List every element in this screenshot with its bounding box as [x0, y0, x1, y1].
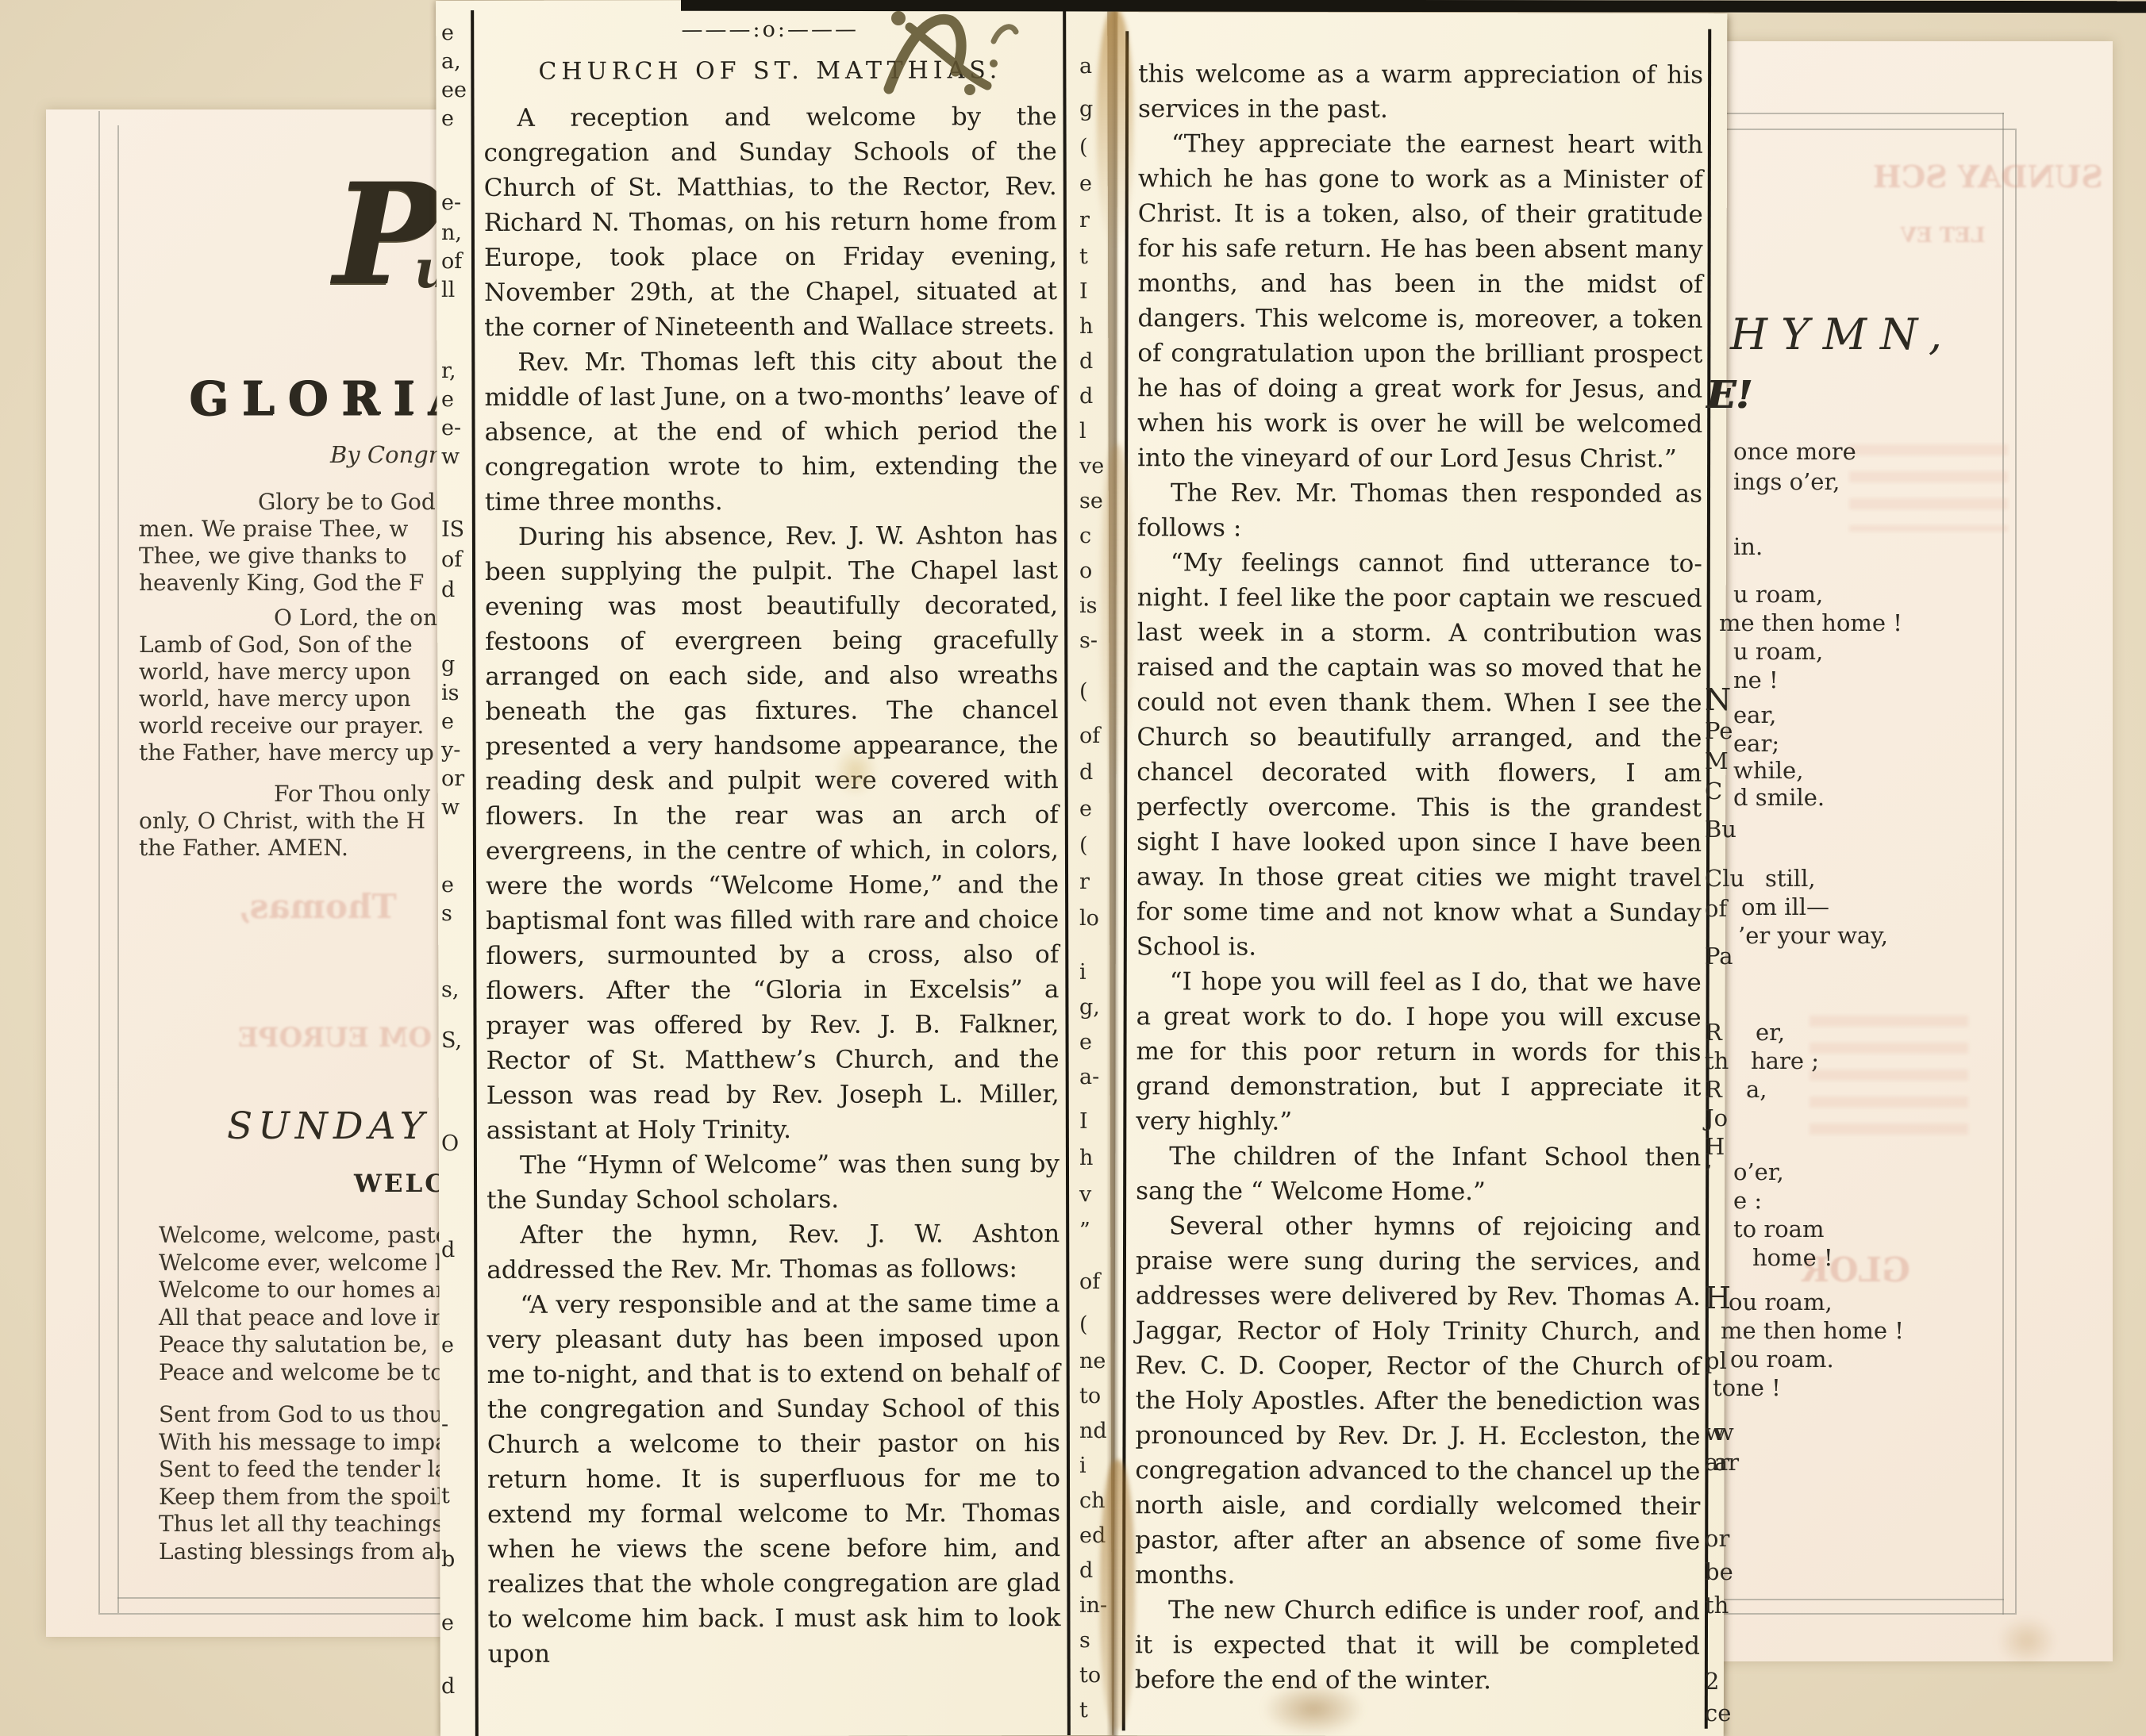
ink-offset-ghost-europe: OM EUROPE [238, 1022, 432, 1054]
letter-fragment: e [441, 106, 454, 131]
letter-fragment: e [441, 873, 454, 897]
article-paragraph: “My feelings cannot find utterance to-ni… [1136, 545, 1702, 965]
left-page-frame-outer [98, 111, 100, 1613]
right-page-frame-top-outer [1706, 113, 2004, 114]
article-paragraph: Several other hymns of rejoicing and pra… [1135, 1208, 1701, 1593]
letter-fragment: h [1079, 314, 1093, 339]
letter-fragment: to [1079, 1663, 1101, 1688]
article-paragraph: After the hymn, Rev. J. W. Ashton addres… [487, 1216, 1060, 1288]
letter-fragment: t [1079, 1698, 1088, 1723]
letter-fragment: d [441, 1674, 455, 1699]
letter-fragment: a [1079, 54, 1092, 79]
gloria-verse-1: Glory be to Godmen. We praise Thee, wThe… [139, 489, 436, 597]
right-page-frame-top-inner [1706, 129, 2015, 130]
letter-fragment: R [1705, 1019, 1722, 1046]
letter-fragment: e [441, 387, 454, 412]
letter-fragment: ch [1079, 1488, 1106, 1513]
letter-fragment: t [441, 1484, 450, 1508]
letter-fragment: Pa [1705, 943, 1733, 970]
letter-fragment: e [441, 21, 454, 45]
letter-fragment: r [1079, 208, 1090, 232]
article-paragraph: The children of the Infant School then s… [1136, 1139, 1701, 1209]
hymn-line: Sent to feed the tender lamb [159, 1456, 483, 1484]
letter-fragment: I [1079, 279, 1088, 304]
welcome-hymn-verse-2: Sent from God to us thou artWith his mes… [159, 1401, 483, 1565]
letter-fragment: e [441, 1333, 454, 1358]
right-program-page [1698, 41, 2113, 1661]
letter-fragment: e [1079, 171, 1092, 196]
gloria-byline: By Congr [330, 441, 440, 468]
gloria-line: Lamb of God, Son of the [139, 632, 444, 659]
page-crease-shadow [1106, 0, 1119, 1736]
letter-fragment: - [441, 1412, 448, 1437]
letter-fragment: or [441, 766, 464, 791]
gloria-line: heavenly King, God the F [139, 570, 436, 597]
hymn-line: Lasting blessings from abov [159, 1538, 483, 1566]
hymn-text-fragment: ou roam. [1730, 1346, 1834, 1373]
letter-fragment: of [1705, 895, 1727, 922]
letter-fragment: i [1079, 960, 1086, 985]
article-paragraph: The new Church edifice is under roof, an… [1135, 1592, 1700, 1698]
letter-fragment: nd [1079, 1419, 1107, 1443]
letter-fragment: s, [441, 977, 459, 1002]
welcome-title-fragment: E! [1706, 373, 1752, 417]
letter-fragment: y- [441, 738, 460, 762]
ink-offset-ghost-sunday: SUNDAY SCH [1873, 159, 2103, 194]
letter-fragment: Pe [1705, 717, 1733, 744]
hymn-text-fragment: a, [1746, 1076, 1767, 1103]
hymn-text-fragment: tone ! [1713, 1374, 1781, 1401]
gloria-line: only, O Christ, with the H [139, 808, 430, 835]
letter-fragment: d [1079, 760, 1093, 785]
letter-fragment: Clu [1705, 865, 1744, 892]
right-page-frame-bottom-outer [1706, 1613, 2015, 1615]
letter-fragment: of [441, 547, 462, 572]
letter-fragment: or [1705, 1525, 1729, 1552]
letter-fragment: S, [441, 1028, 462, 1053]
article-paragraph: Rev. Mr. Thomas left this city about the… [484, 344, 1058, 520]
letter-fragment: e [441, 709, 454, 734]
letter-fragment: IS [441, 517, 464, 542]
letter-fragment: i [1079, 1454, 1086, 1478]
hymn-text-fragment: w [1714, 1419, 1734, 1446]
letter-fragment: be [1705, 1558, 1733, 1585]
letter-fragment: d [441, 578, 455, 602]
hymn-text-fragment: still, [1765, 865, 1816, 892]
letter-fragment: ll [441, 278, 455, 302]
letter-fragment: ” [1079, 1219, 1090, 1243]
column-rule-right [1063, 0, 1071, 1735]
letter-fragment: ve [1079, 454, 1104, 478]
ink-offset-ghost-block-2 [1809, 1016, 1968, 1143]
hymn-text-fragment: o’er, [1733, 1158, 1784, 1185]
left-page-frame-inner [117, 125, 119, 1613]
handwritten-ink-tick [990, 21, 1022, 48]
letter-fragment: v [1079, 1182, 1091, 1207]
letter-fragment: s- [1079, 628, 1098, 653]
gloria-line: world, have mercy upon [139, 686, 444, 712]
letter-fragment: e [1079, 797, 1092, 821]
article-paragraph: During his absence, Rev. J. W. Ashton ha… [485, 518, 1060, 1148]
letter-fragment: a- [1079, 1065, 1099, 1089]
letter-fragment: s [1079, 1628, 1090, 1653]
letter-fragment: of [441, 249, 462, 274]
hymn-text-fragment: ou roam, [1729, 1289, 1833, 1315]
letter-fragment: l [1079, 419, 1086, 444]
hymn-text-fragment: ear, [1733, 701, 1776, 728]
letter-fragment: d [1079, 1558, 1093, 1583]
letter-fragment: g, [1079, 995, 1100, 1020]
letter-fragment: g [441, 652, 455, 677]
hymn-text-fragment: ne ! [1733, 666, 1779, 693]
letter-fragment: r [1079, 870, 1090, 894]
hymn-text-fragment: home ! [1752, 1244, 1833, 1271]
hymn-line: Sent from God to us thou art [159, 1401, 483, 1429]
letter-fragment: is [1079, 593, 1098, 618]
column-rule-left [471, 10, 479, 1736]
gloria-line: men. We praise Thee, w [139, 516, 436, 543]
hymn-text-fragment: u roam, [1733, 638, 1823, 665]
hymn-line: With his message to impart, [159, 1429, 483, 1457]
article-paragraph: A reception and welcome by the congregat… [483, 99, 1057, 345]
ink-offset-ghost-letev: LET EV [1901, 224, 1986, 248]
right-page-frame-right-outer [2002, 113, 2004, 1615]
hymn-text-fragment: e : [1733, 1187, 1762, 1214]
letter-fragment: ( [1079, 833, 1088, 858]
right-page-frame-right-inner [2015, 129, 2017, 1615]
letter-fragment: e [1079, 1030, 1092, 1054]
hymn-text-fragment: once more [1733, 438, 1856, 465]
gloria-line: world receive our prayer. [139, 712, 444, 739]
ink-offset-ghost-block-1 [1849, 444, 2008, 532]
left-page-frame-bottom-inner [117, 1597, 479, 1599]
article-paragraph: “I hope you will feel as I do, that we h… [1136, 964, 1701, 1139]
gloria-heading: GLORIA [189, 371, 477, 425]
letter-fragment: g [1079, 97, 1093, 121]
gloria-verse-2: O Lord, the onlLamb of God, Son of thewo… [139, 605, 444, 766]
letter-fragment: d [1079, 384, 1093, 409]
hymn-text-fragment: in. [1733, 533, 1763, 560]
letter-fragment: ( [1079, 1312, 1088, 1337]
letter-fragment: r, [441, 359, 456, 383]
letter-fragment: t [1079, 244, 1088, 269]
article-left-paragraphs: A reception and welcome by the congregat… [483, 99, 1060, 1672]
hymn-text-fragment: er, [1756, 1019, 1785, 1046]
gloria-line: the Father, have mercy up [139, 739, 444, 766]
letter-fragment: e [441, 1611, 454, 1635]
hymn-text-fragment: ar [1714, 1449, 1739, 1476]
letter-fragment: o [1079, 559, 1092, 583]
left-page-frame-bottom-outer [98, 1613, 479, 1615]
article-paragraph: The “Hymn of Welcome” was then sung by t… [487, 1146, 1060, 1218]
letter-fragment: Jo [1705, 1104, 1728, 1131]
letter-fragment: e- [441, 416, 461, 440]
letter-fragment: I [1079, 1109, 1088, 1134]
hymn-text-fragment: om ill— [1741, 893, 1829, 920]
letter-fragment: is [441, 681, 460, 705]
article-right-column: this welcome as a warm appreciation of h… [1135, 56, 1703, 1698]
hymn-text-fragment: me then home ! [1719, 609, 1902, 636]
right-page-frame-bottom-inner [1706, 1599, 2004, 1600]
letter-fragment: O [441, 1131, 459, 1156]
hymn-text-fragment: to roam [1733, 1216, 1824, 1242]
column-rule-left [1122, 31, 1129, 1730]
letter-fragment: lo [1079, 906, 1099, 931]
letter-fragment: C [1705, 778, 1722, 805]
letter-fragment: c [1079, 524, 1091, 548]
letter-fragment: a, [441, 49, 461, 74]
letter-fragment: in- [1079, 1593, 1107, 1618]
hymn-text-fragment: while, [1733, 757, 1803, 784]
scrapbook-scan: P u GLORIA By Congr Glory be to Godmen. … [0, 0, 2146, 1736]
hymn-text-fragment: ings o’er, [1733, 468, 1840, 495]
letter-fragment: n, [441, 221, 462, 245]
letter-fragment: ce [1705, 1700, 1731, 1726]
article-paragraph: this welcome as a warm appreciation of h… [1138, 56, 1703, 127]
newspaper-clipping-left-column: ———:o:——— CHURCH OF ST. MATTHIAS. A rece… [436, 0, 1112, 1736]
article-paragraph: “They appreciate the earnest heart with … [1137, 126, 1703, 476]
letter-fragment: Bu [1705, 816, 1736, 843]
hymn-text-fragment: hare ; [1751, 1047, 1819, 1074]
letter-fragment: ’ [1705, 1160, 1712, 1187]
hymn-text-fragment: d smile. [1733, 784, 1825, 811]
article-paragraph: The Rev. Mr. Thomas then responded as fo… [1137, 475, 1702, 546]
letter-fragment: N [1705, 682, 1731, 717]
hymn-text-fragment: ’er your way, [1738, 922, 1888, 949]
gloria-line: Thee, we give thanks to [139, 543, 436, 570]
gloria-line: world, have mercy upon [139, 659, 444, 686]
letter-fragment: ( [1079, 135, 1088, 159]
article-right-paragraphs: this welcome as a warm appreciation of h… [1135, 56, 1703, 1698]
letter-fragment: ( [1079, 679, 1088, 704]
letter-fragment: pl [1705, 1347, 1727, 1374]
letter-fragment: d [441, 1238, 455, 1262]
letter-fragment: w [441, 444, 460, 469]
hymn-line: Thus let all thy teachings pr [159, 1511, 483, 1538]
letter-fragment: M [1705, 747, 1729, 774]
letter-fragment: to [1079, 1384, 1101, 1408]
article-paragraph: “A very responsible and at the same time… [487, 1286, 1060, 1672]
letter-fragment: w [441, 795, 460, 820]
gloria-line: For Thou only [139, 781, 430, 808]
letter-fragment: H [1705, 1281, 1731, 1315]
letter-fragment: of [1079, 1269, 1100, 1294]
letter-fragment: h [1079, 1146, 1093, 1170]
gloria-line: O Lord, the onl [139, 605, 444, 632]
letter-fragment: s [441, 901, 452, 926]
hymn-text-fragment: me then home ! [1721, 1317, 1904, 1344]
hymn-text-fragment: u roam, [1733, 581, 1823, 608]
letter-fragment: se [1079, 489, 1103, 513]
letter-fragment: 2 [1705, 1668, 1719, 1695]
letter-fragment: ed [1079, 1523, 1106, 1548]
letter-fragment: th [1705, 1047, 1729, 1074]
gloria-verse-3: For Thou onlyonly, O Christ, with the Ht… [139, 781, 430, 862]
letter-fragment: th [1705, 1592, 1729, 1619]
hymn-line: Keep them from the spoiler’ [159, 1484, 483, 1511]
newspaper-clipping-right-column: this welcome as a warm appreciation of h… [1114, 12, 1728, 1736]
handwritten-ink-mark [875, 8, 1010, 99]
letter-fragment: d [1079, 349, 1093, 374]
letter-fragment: ee [441, 78, 467, 102]
letter-fragment: of [1079, 724, 1100, 748]
letter-fragment: H [1705, 1133, 1725, 1160]
gloria-line: the Father. AMEN. [139, 835, 430, 862]
letter-fragment: R [1705, 1076, 1722, 1103]
letter-fragment: e- [441, 190, 461, 215]
hymn-heading: HYMN, [1730, 309, 1956, 359]
letter-fragment: b [441, 1547, 455, 1572]
article-left-column: ———:o:——— CHURCH OF ST. MATTHIAS. A rece… [483, 12, 1060, 1672]
hymn-text-fragment: ear; [1733, 730, 1779, 757]
letter-fragment: ne [1079, 1349, 1106, 1373]
ink-offset-ghost-thomas: Thomas, [238, 887, 397, 926]
gloria-line: Glory be to God [139, 489, 436, 516]
